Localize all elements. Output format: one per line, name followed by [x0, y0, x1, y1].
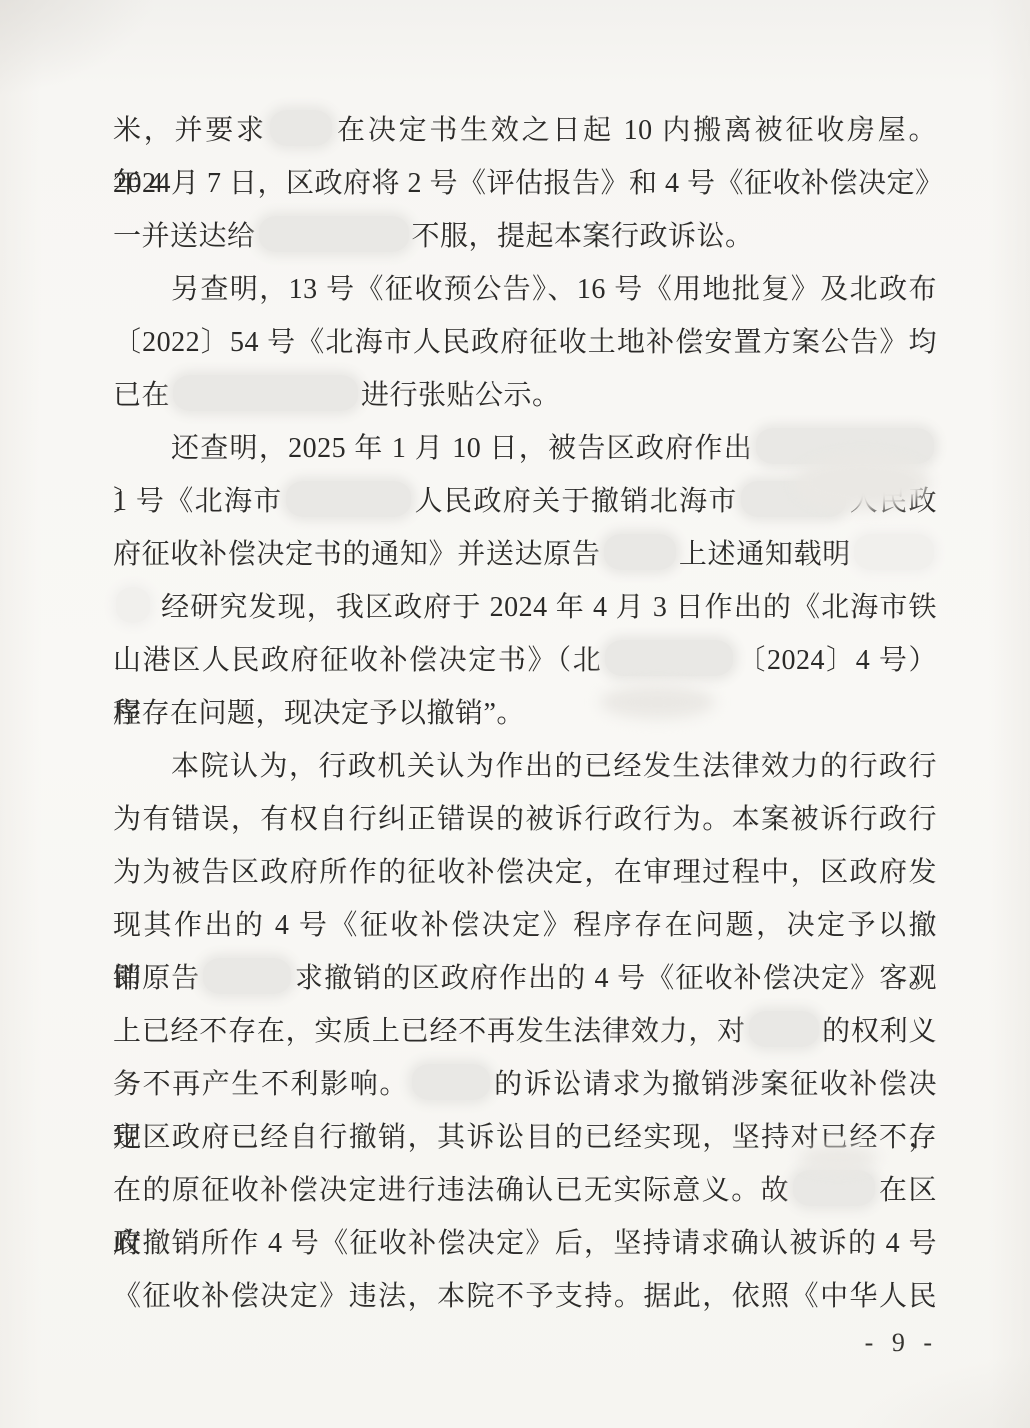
text-line: 务不再产生不利影响。的诉讼请求为撤销涉案征收补偿决定，	[113, 1058, 937, 1111]
text-segment: 上述通知载明	[679, 539, 851, 570]
text-line: 上已经不存在，实质上已经不再发生法律效力，对的权利义	[113, 1005, 937, 1058]
redaction-blob	[854, 534, 934, 570]
text-segment: 在的原征收补偿决定进行违法确认已无实际意义。故	[113, 1175, 790, 1206]
redaction-blob	[259, 216, 409, 252]
text-line: 为为被告区政府所作的征收补偿决定，在审理过程中，区政府发	[113, 846, 937, 899]
text-line: 另查明，13 号《征收预公告》、16 号《用地批复》及北政布	[113, 263, 937, 316]
document-page: 米，并要求在决定书生效之日起 10 内搬离被征收房屋。2024年 4 月 7 日…	[0, 0, 1030, 1428]
text-segment: 的权利义	[822, 1016, 937, 1047]
redaction-blob	[605, 640, 733, 676]
scan-smudge	[600, 685, 715, 719]
text-line: 序存在问题，现决定予以撤销”。	[113, 687, 937, 740]
text-segment: 即原告	[113, 963, 200, 994]
text-segment: 已在	[113, 380, 170, 411]
document-body: 米，并要求在决定书生效之日起 10 内搬离被征收房屋。2024年 4 月 7 日…	[113, 104, 937, 1323]
redaction-blob	[793, 1170, 875, 1206]
redaction-blob	[412, 1064, 490, 1100]
text-segment: 〔2022〕54 号《北海市人民政府征收土地补偿安置方案公告》均	[113, 327, 937, 358]
text-segment: 人民政府关于撤销北海市	[414, 486, 738, 517]
text-segment: 米，并要求	[113, 115, 267, 146]
text-line: 《征收补偿决定》违法，本院不予支持。据此，依照《中华人民	[113, 1270, 937, 1323]
text-line: 本院认为，行政机关认为作出的已经发生法律效力的行政行	[113, 740, 937, 793]
text-line: 已在进行张贴公示。	[113, 369, 937, 422]
text-segment: 年 4 月 7 日，区政府将 2 号《评估报告》和 4 号《征收补偿决定》	[113, 168, 944, 199]
text-segment: 府征收补偿决定书的通知》并送达原告	[113, 539, 601, 570]
text-segment: 序存在问题，现决定予以撤销”。	[113, 698, 525, 729]
redaction-blob	[749, 1011, 819, 1047]
text-line: 府撤销所作 4 号《征收补偿决定》后，坚持请求确认被诉的 4 号	[113, 1217, 937, 1270]
text-line: 一并送达给不服，提起本案行政诉讼。	[113, 210, 937, 263]
text-segment: 一并送达给	[113, 221, 256, 252]
text-segment: 求撤销的区政府作出的 4 号《征收补偿决定》客观	[294, 963, 937, 994]
text-segment: 务不再产生不利影响。	[113, 1069, 409, 1100]
text-line: 在的原征收补偿决定进行违法确认已无实际意义。故在区政	[113, 1164, 937, 1217]
text-line: 经研究发现，我区政府于 2024 年 4 月 3 日作出的《北海市铁	[113, 581, 937, 634]
redaction-blob	[270, 110, 332, 146]
text-line: 府征收补偿决定书的通知》并送达原告上述通知载明	[113, 528, 937, 581]
text-line: 米，并要求在决定书生效之日起 10 内搬离被征收房屋。2024	[113, 104, 937, 157]
redaction-blob	[173, 375, 358, 411]
text-line: 为有错误，有权自行纠正错误的被诉行政行为。本案被诉行政行	[113, 793, 937, 846]
text-line: 即原告求撤销的区政府作出的 4 号《征收补偿决定》客观	[113, 952, 937, 1005]
text-segment: 上已经不存在，实质上已经不再发生法律效力，对	[113, 1016, 746, 1047]
redaction-blob	[604, 534, 676, 570]
text-line: 山港区人民政府征收补偿决定书》（北〔2024〕4 号）程	[113, 634, 937, 687]
text-segment: 另查明，13 号《征收预公告》、16 号《用地批复》及北政布	[171, 274, 937, 305]
text-segment: 不服，提起本案行政诉讼。	[412, 221, 754, 252]
redaction-blob	[116, 587, 150, 623]
text-segment: 为有错误，有权自行纠正错误的被诉行政行为。本案被诉行政行	[113, 804, 937, 835]
text-line: 年 4 月 7 日，区政府将 2 号《评估报告》和 4 号《征收补偿决定》	[113, 157, 937, 210]
text-segment: 府撤销所作 4 号《征收补偿决定》后，坚持请求确认被诉的 4 号	[113, 1228, 937, 1259]
text-line: 〔2022〕54 号《北海市人民政府征收土地补偿安置方案公告》均	[113, 316, 937, 369]
redaction-blob	[203, 958, 291, 994]
text-segment: 经研究发现，我区政府于 2024 年 4 月 3 日作出的《北海市铁	[153, 592, 937, 623]
redaction-blob	[286, 481, 411, 517]
text-segment: 还查明，2025 年 1 月 10 日，被告区政府作出	[171, 433, 753, 464]
text-segment: 进行张贴公示。	[361, 380, 561, 411]
page-number: - 9 -	[865, 1328, 938, 1358]
scan-smudge	[798, 1146, 878, 1170]
text-segment: 本院认为，行政机关认为作出的已经发生法律效力的行政行	[171, 751, 937, 782]
text-segment: 为为被告区政府所作的征收补偿决定，在审理过程中，区政府发	[113, 857, 937, 888]
scan-smudge	[795, 455, 930, 510]
text-segment: 1 号《北海市	[113, 486, 283, 517]
text-segment: 山港区人民政府征收补偿决定书》（北	[113, 645, 602, 676]
text-segment: 《征收补偿决定》违法，本院不予支持。据此，依照《中华人民	[113, 1281, 937, 1312]
text-line: 现其作出的 4 号《征收补偿决定》程序存在问题，决定予以撤销。	[113, 899, 937, 952]
